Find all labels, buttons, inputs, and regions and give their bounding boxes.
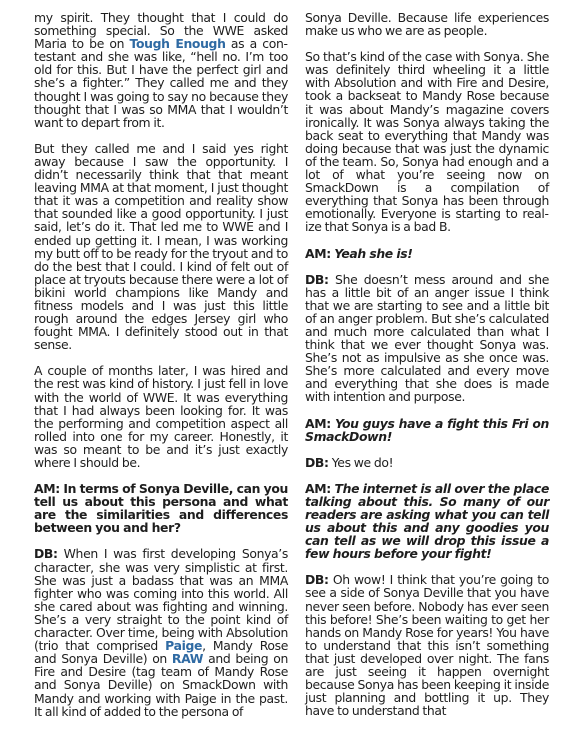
speaker-label: DB:	[305, 455, 329, 470]
paragraph: Sonya Deville. Because life experiences …	[305, 11, 549, 37]
interview-answer: DB: When I was first developing Sonya’s …	[34, 547, 288, 717]
paragraph: So that’s kind of the case with Sonya. S…	[305, 50, 549, 233]
paragraph: But they called me and I said yes right …	[34, 142, 288, 352]
paragraph: my spirit. They thought that I could do …	[34, 11, 288, 129]
interview-question: AM: Yeah she is!	[305, 247, 549, 260]
speaker-label: AM:	[305, 246, 331, 261]
interview-answer: DB: Oh wow! I think that you’re going to…	[305, 573, 549, 717]
interview-answer: DB: She doesn’t mess around and she has …	[305, 273, 549, 404]
interview-question: AM: You guys have a fight this Fri on Sm…	[305, 417, 549, 443]
interview-answer: DB: Yes we do!	[305, 456, 549, 469]
magazine-page: my spirit. They thought that I could do …	[0, 0, 576, 746]
left-column: my spirit. They thought that I could do …	[34, 11, 288, 731]
right-column: Sonya Deville. Because life experiences …	[305, 11, 549, 730]
interview-question: AM: The internet is all over the place t…	[305, 482, 549, 561]
interview-question: AM: In terms of Sonya Deville, can you t…	[34, 482, 288, 534]
paragraph: A couple of months later, I was hired an…	[34, 364, 288, 469]
